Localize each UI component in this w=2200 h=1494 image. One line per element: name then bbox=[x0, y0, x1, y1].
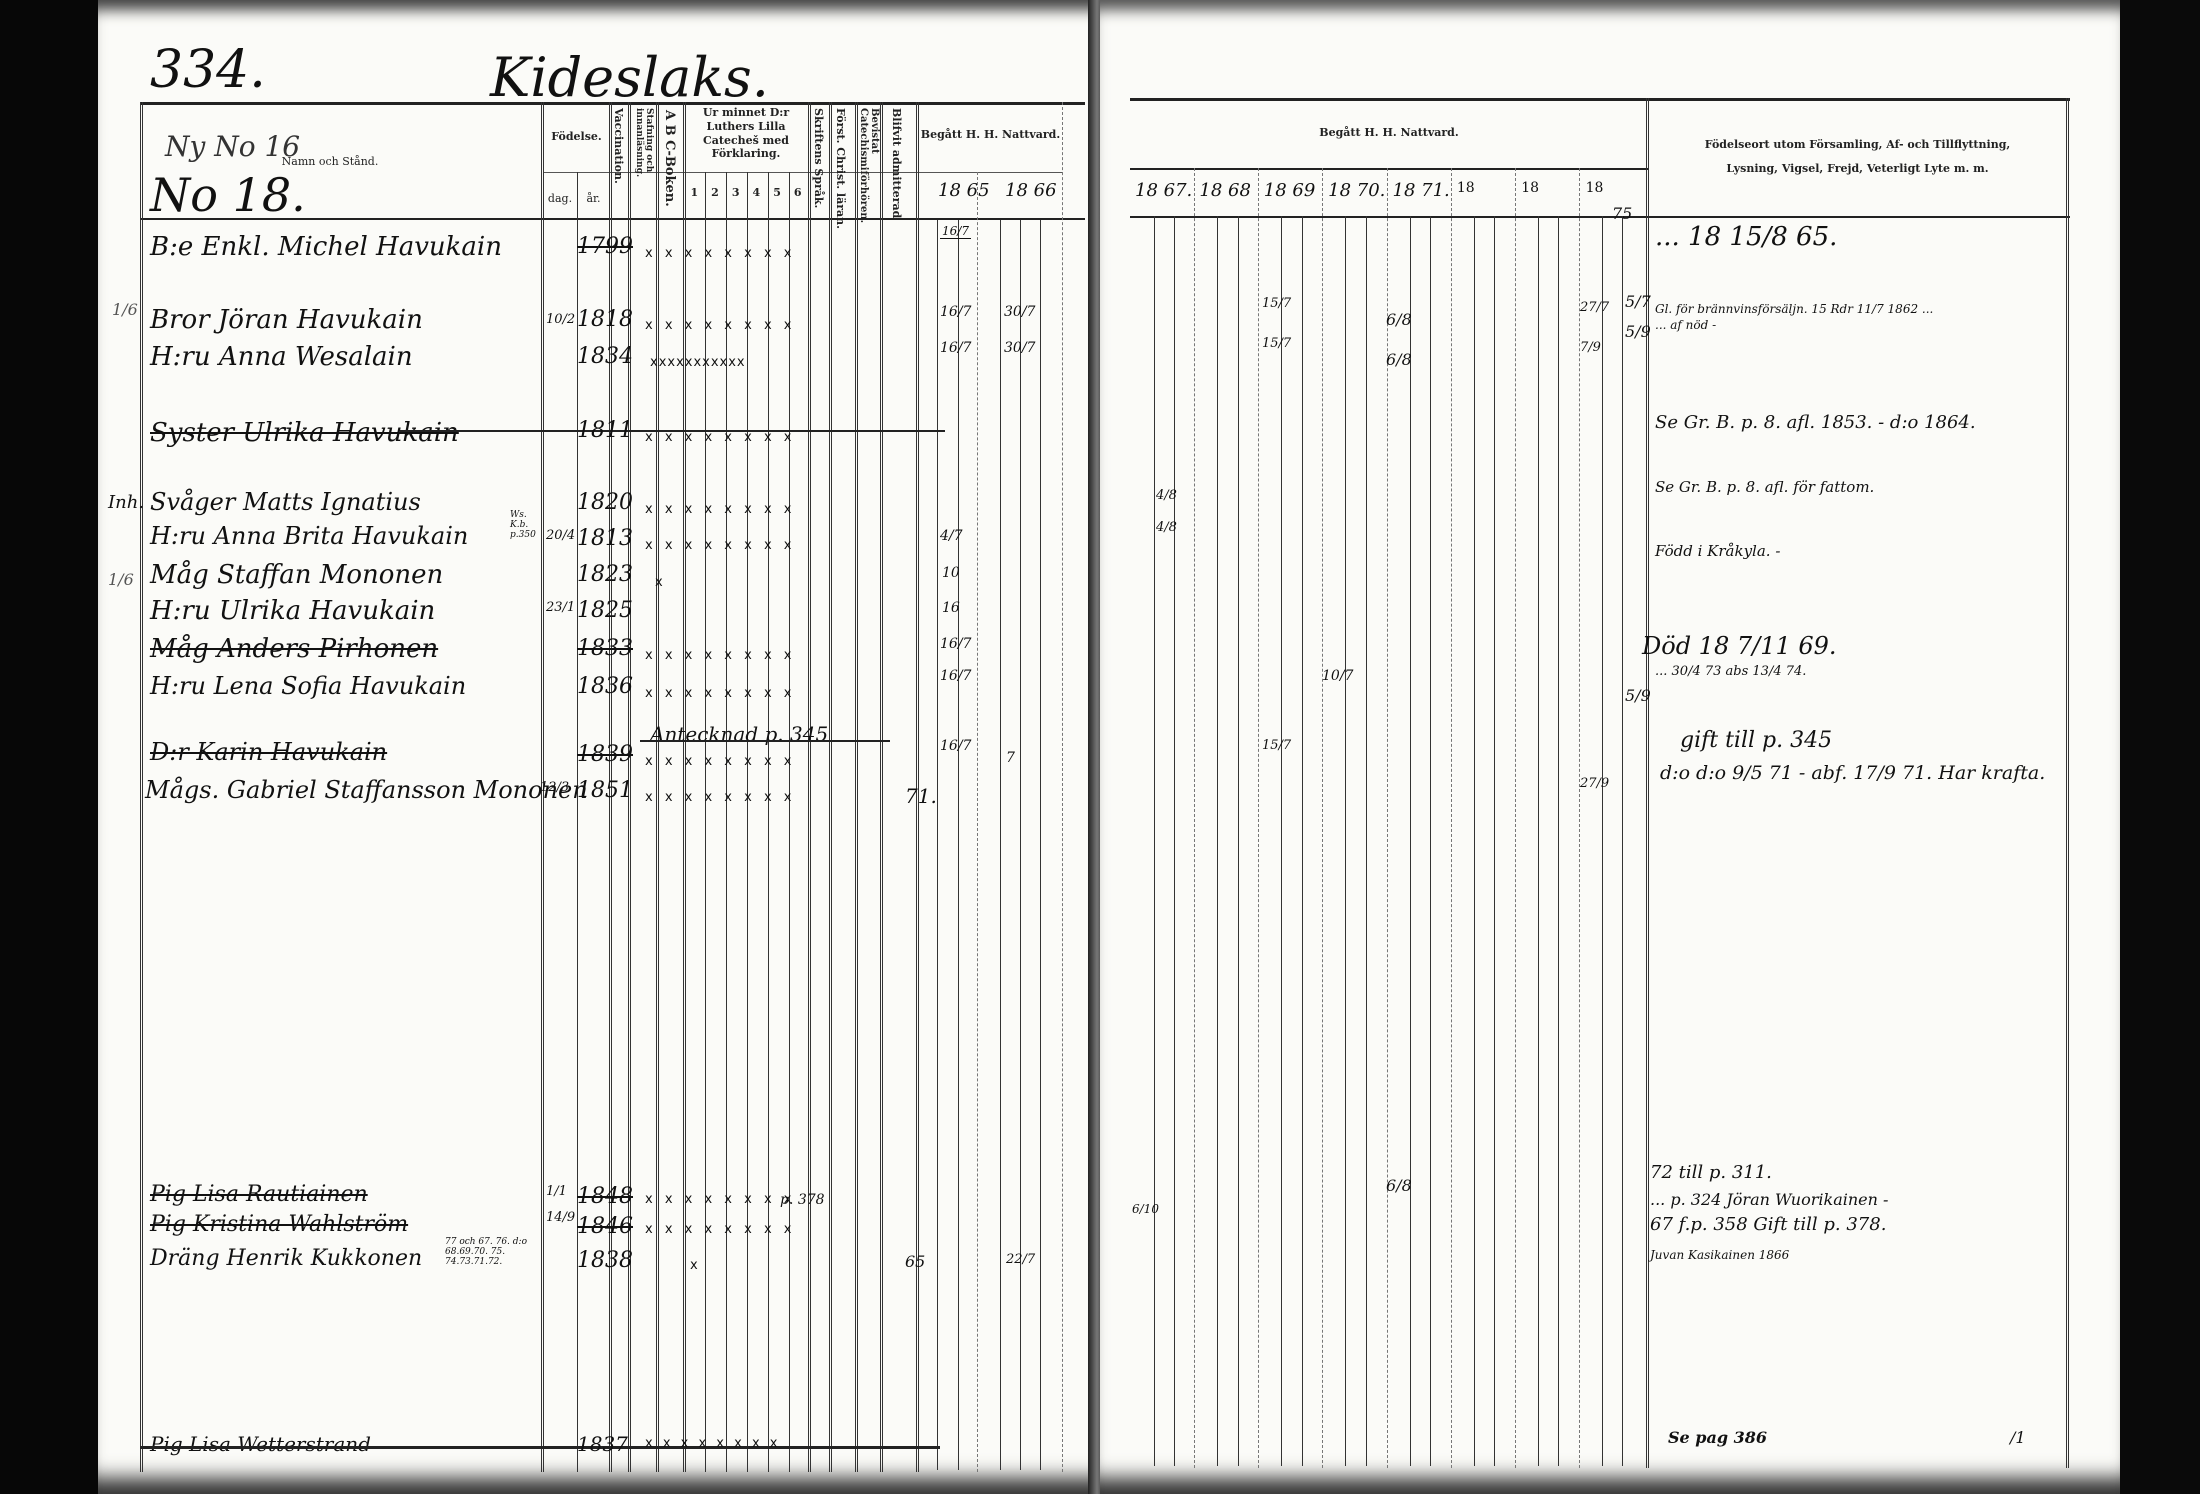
person-name: Pig Kristina Wahlström bbox=[150, 1212, 408, 1237]
rule bbox=[880, 102, 885, 1472]
communion-last: 5/9 bbox=[1625, 322, 1651, 341]
person-name: Svåger Matts Ignatius bbox=[150, 488, 421, 516]
person-name: Pig Lisa Wetterstrand bbox=[150, 1432, 371, 1456]
communion-1869: 10/7 bbox=[1322, 668, 1353, 684]
person-name: H:ru Ulrika Havukain bbox=[150, 596, 435, 626]
forst-christ-header: Först. Christ. läran. bbox=[834, 108, 847, 216]
communion-header-right: Begått H. H. Nattvard. bbox=[1130, 126, 1648, 140]
side-note: Ws. K.b. p.350 bbox=[510, 510, 540, 540]
remark: Se Gr. B. p. 8. afl. för fattom. bbox=[1655, 478, 1874, 496]
birth-year: 1820 bbox=[577, 490, 633, 515]
margin-note: 1/6 bbox=[112, 300, 138, 319]
rule bbox=[937, 220, 938, 1470]
communion-1867: 4/8 bbox=[1156, 520, 1177, 535]
birth-header: Födelse. bbox=[543, 130, 610, 144]
rule bbox=[1302, 216, 1303, 1466]
year-1871: 18 71. bbox=[1393, 180, 1457, 201]
remarks-header-line2: Lysning, Vigsel, Frejd, Veterligt Lyte m… bbox=[1650, 162, 2065, 176]
rule bbox=[1579, 168, 1580, 1468]
right-header-bottom bbox=[1130, 216, 2070, 218]
rule bbox=[1622, 216, 1623, 1466]
rule bbox=[808, 102, 813, 1472]
admitted-year: 65 bbox=[905, 1252, 925, 1271]
birth-day: 23/1 bbox=[546, 600, 575, 615]
rule bbox=[1366, 216, 1367, 1466]
birth-day: 12/3 bbox=[540, 780, 569, 795]
birth-year: 1848 bbox=[577, 1184, 633, 1209]
remark: ... 30/4 73 abs 13/4 74. bbox=[1655, 664, 1806, 679]
bottom-mark: /1 bbox=[2010, 1428, 2026, 1447]
communion-1865: 16/7 bbox=[940, 636, 971, 652]
person-name: H:ru Anna Wesalain bbox=[150, 342, 413, 372]
catechism-col-3: 3 bbox=[725, 186, 746, 200]
birth-day: 20/4 bbox=[546, 528, 575, 543]
remark: Juvan Kasikainen 1866 bbox=[1650, 1248, 1789, 1262]
birth-day: 14/9 bbox=[546, 1210, 575, 1225]
admitted-header: Blifvit admitterad bbox=[890, 108, 903, 216]
communion-1865: 10 bbox=[942, 565, 960, 581]
remarks-header-line1: Födelseort utom Församling, Af- och Till… bbox=[1650, 138, 2065, 152]
catechism-col-6: 6 bbox=[787, 186, 808, 200]
catechism-marks: x x x x x x x x bbox=[645, 754, 791, 769]
birth-year: 1813 bbox=[577, 526, 633, 551]
person-name: D:r Karin Havukain bbox=[150, 738, 387, 766]
catechism-marks: x x x x x x x x bbox=[645, 430, 791, 445]
birth-year: 1825 bbox=[577, 598, 633, 623]
communion-1868: 15/7 bbox=[1262, 336, 1291, 351]
rule bbox=[1217, 216, 1218, 1466]
birth-year: 1838 bbox=[577, 1248, 633, 1273]
strike-line bbox=[140, 1446, 940, 1449]
catechism-marks: x x x x x x x x bbox=[645, 1192, 791, 1207]
birth-year: 1811 bbox=[577, 418, 633, 443]
village-name: Kideslaks. bbox=[490, 46, 769, 109]
scan-border-left bbox=[0, 0, 105, 1494]
margin-note: Inh. bbox=[108, 492, 144, 513]
year-1865: 18 65 bbox=[938, 180, 990, 201]
year-1869: 18 69 bbox=[1264, 180, 1328, 201]
catechism-marks: x x x x x x x x bbox=[645, 538, 791, 553]
communion-later: 27/7 bbox=[1580, 300, 1609, 315]
household-number: No 18. bbox=[150, 168, 306, 222]
remark: Se Gr. B. p. 8. afl. 1853. - d:o 1864. bbox=[1655, 412, 1976, 433]
communion-1865: 16/7 bbox=[940, 668, 971, 684]
remark: Gl. för brännvinsförsäljn. 15 Rdr 11/7 1… bbox=[1655, 302, 1933, 316]
rule bbox=[958, 220, 959, 1470]
rule bbox=[1558, 216, 1559, 1466]
rule bbox=[1258, 168, 1259, 1468]
strike-line bbox=[640, 740, 890, 742]
communion-1868: 15/7 bbox=[1262, 738, 1291, 753]
catechism-marks: x x x x x x x x bbox=[645, 246, 791, 261]
right-table-top bbox=[1130, 98, 2070, 101]
communion-1866: 30/7 bbox=[1004, 340, 1035, 356]
rule bbox=[855, 102, 860, 1472]
person-name: H:ru Lena Sofia Havukain bbox=[150, 672, 466, 700]
communion-1866: 7 bbox=[1006, 750, 1015, 766]
birth-year: 1834 bbox=[577, 344, 633, 369]
remark: gift till p. 345 bbox=[1680, 728, 1832, 753]
rule bbox=[789, 172, 790, 1472]
birth-year: 1836 bbox=[577, 674, 633, 699]
rule bbox=[977, 172, 978, 1472]
year-blank-1: 18 bbox=[1457, 180, 1521, 201]
year-1867: 18 67. bbox=[1135, 180, 1199, 201]
birth-day: 10/2 bbox=[546, 312, 575, 327]
communion-1865: 16/7 bbox=[940, 304, 971, 320]
person-name: H:ru Anna Brita Havukain bbox=[150, 522, 468, 550]
communion-last: 5/9 bbox=[1625, 686, 1651, 705]
remark: 72 till p. 311. bbox=[1650, 1162, 1772, 1183]
stafning-header: Stafning och innanläsning. bbox=[632, 108, 654, 216]
communion-1866: 22/7 bbox=[1006, 1252, 1035, 1267]
remark: 67 f.p. 358 Gift till p. 378. bbox=[1650, 1214, 1886, 1235]
birth-year: 1833 bbox=[577, 636, 633, 661]
rule bbox=[683, 102, 688, 1472]
year-1868: 18 68 bbox=[1199, 180, 1263, 201]
right-year-row: 18 67. 18 68 18 69 18 70. 18 71. 18 18 1… bbox=[1135, 180, 1650, 201]
catechism-col-5: 5 bbox=[767, 186, 788, 200]
person-name: Måg Staffan Mononen bbox=[150, 560, 443, 590]
rule bbox=[1451, 168, 1452, 1468]
rule bbox=[747, 172, 748, 1472]
communion-1865: 16 bbox=[942, 600, 960, 616]
catechism-marks: x x x x x x x x bbox=[645, 1222, 791, 1237]
person-name: Mågs. Gabriel Staffansson Mononen bbox=[145, 776, 588, 804]
birth-year: 1818 bbox=[577, 307, 633, 332]
communion-last: 5/7 bbox=[1625, 292, 1651, 311]
margin-note: 1/6 bbox=[108, 570, 134, 589]
person-name: Dräng Henrik Kukkonen bbox=[150, 1246, 422, 1271]
catechism-header: Ur minnet D:r Luthers Lilla Catecheš med… bbox=[684, 106, 808, 161]
scan-border-right bbox=[2110, 0, 2200, 1494]
birth-year: 1846 bbox=[577, 1214, 633, 1239]
year-1870: 18 70. bbox=[1328, 180, 1392, 201]
rule bbox=[1474, 216, 1475, 1466]
catechism-marks: x x x x x x x x bbox=[645, 790, 791, 805]
catechism-marks: x bbox=[655, 575, 663, 590]
catechism-marks: x x x x x x x x bbox=[645, 318, 791, 333]
rule bbox=[1194, 168, 1195, 1468]
communion-header-left: Begått H. H. Nattvard. bbox=[918, 128, 1063, 142]
rule bbox=[768, 172, 769, 1472]
communion-1865: 16/7 bbox=[940, 738, 971, 754]
catechism-marks: x bbox=[690, 1258, 698, 1273]
rule bbox=[1000, 220, 1001, 1470]
rule bbox=[1430, 216, 1431, 1466]
remark: Död 18 7/11 69. bbox=[1642, 632, 1837, 660]
rule bbox=[1602, 216, 1603, 1466]
birth-year: 1851 bbox=[577, 778, 633, 803]
communion-1867: 6/10 bbox=[1132, 1202, 1159, 1216]
person-name: Pig Lisa Rautiainen bbox=[150, 1182, 368, 1207]
rule bbox=[1154, 216, 1155, 1466]
side-note: 77 och 67. 76. d:o 68.69.70. 75. 74.73.7… bbox=[445, 1238, 540, 1268]
person-name: Måg Anders Pirhonen bbox=[150, 634, 438, 664]
catechism-marks: x x x x x x x x bbox=[645, 1436, 777, 1451]
communion-1866: 30/7 bbox=[1004, 304, 1035, 320]
remark: Född i Kråkyla. - bbox=[1655, 542, 1780, 560]
right-header-subline bbox=[1130, 168, 1648, 170]
person-name: Bror Jöran Havukain bbox=[150, 305, 423, 335]
catechism-marks: x x x x x x x x bbox=[645, 502, 791, 517]
communion-1867: 4/8 bbox=[1156, 488, 1177, 503]
rule bbox=[1281, 216, 1282, 1466]
communion-later: 27/9 bbox=[1580, 776, 1609, 791]
birth-year: 1799 bbox=[577, 234, 633, 259]
bevistat-header: Bevistat Catechismiförhören. bbox=[858, 108, 880, 216]
communion-later: 7/9 bbox=[1580, 340, 1601, 355]
birth-year: 1823 bbox=[577, 562, 633, 587]
birth-day: 1/1 bbox=[546, 1184, 567, 1199]
catechism-col-2: 2 bbox=[705, 186, 726, 200]
rule bbox=[1238, 216, 1239, 1466]
year-1866: 18 66 bbox=[1005, 180, 1057, 201]
rule bbox=[2066, 98, 2071, 1468]
rule bbox=[1345, 216, 1346, 1466]
communion-1870: 6/8 bbox=[1386, 1176, 1412, 1195]
rule bbox=[1538, 216, 1539, 1466]
communion-1865: 4/7 bbox=[940, 528, 963, 544]
remark: ... 18 15/8 65. bbox=[1655, 222, 1837, 252]
rule bbox=[1515, 168, 1516, 1468]
rule bbox=[1040, 220, 1041, 1470]
rule bbox=[1062, 102, 1063, 1472]
person-name: B:e Enkl. Michel Havukain bbox=[150, 232, 502, 262]
rule bbox=[1322, 168, 1323, 1468]
communion-1868: 15/7 bbox=[1262, 296, 1291, 311]
communion-1865: 16/7 bbox=[940, 340, 971, 356]
year-blank-2: 18 bbox=[1521, 180, 1585, 201]
remark: d:o d:o 9/5 71 - abf. 17/9 71. Har kraft… bbox=[1660, 762, 2045, 784]
remark: ... af nöd - bbox=[1655, 318, 1716, 332]
count-mark: 75 bbox=[1612, 204, 1632, 223]
rule bbox=[1494, 216, 1495, 1466]
catechism-marks: x x x x x x x x bbox=[645, 686, 791, 701]
birth-day-header: dag. bbox=[543, 192, 577, 206]
birth-year-header: år. bbox=[577, 192, 610, 206]
rule bbox=[1020, 220, 1021, 1470]
transfer-note: Antecknad p. 345 bbox=[650, 722, 828, 746]
birth-year: 1837 bbox=[577, 1432, 628, 1456]
communion-1865: 16/7 bbox=[940, 225, 971, 239]
remark: Se pag 386 bbox=[1668, 1428, 1767, 1447]
catechism-marks: xxxxxxxxxxx bbox=[650, 355, 746, 370]
admitted-year: 71. bbox=[905, 784, 937, 808]
name-column-header: Namn och Stånd. bbox=[265, 155, 395, 169]
catechism-marks: x x x x x x x x bbox=[645, 648, 791, 663]
remark: ... p. 324 Jöran Wuorikainen - bbox=[1650, 1190, 1888, 1209]
rule bbox=[1410, 216, 1411, 1466]
communion-1870: 6/8 bbox=[1386, 350, 1412, 369]
page-number: 334. bbox=[150, 40, 266, 100]
abc-header: A B C-Boken. bbox=[662, 110, 677, 210]
transfer-note: p. 378 bbox=[780, 1192, 825, 1208]
right-page bbox=[1100, 0, 2120, 1494]
rule bbox=[656, 102, 661, 1472]
catechism-col-4: 4 bbox=[746, 186, 767, 200]
skriftens-header: Skriftens Språk. bbox=[812, 108, 825, 216]
person-name: Syster Ulrika Havukain bbox=[150, 418, 459, 448]
year-blank-3: 18 bbox=[1586, 180, 1650, 201]
birth-year: 1839 bbox=[577, 742, 633, 767]
communion-1870: 6/8 bbox=[1386, 310, 1412, 329]
rule bbox=[829, 102, 834, 1472]
rule bbox=[1174, 216, 1175, 1466]
